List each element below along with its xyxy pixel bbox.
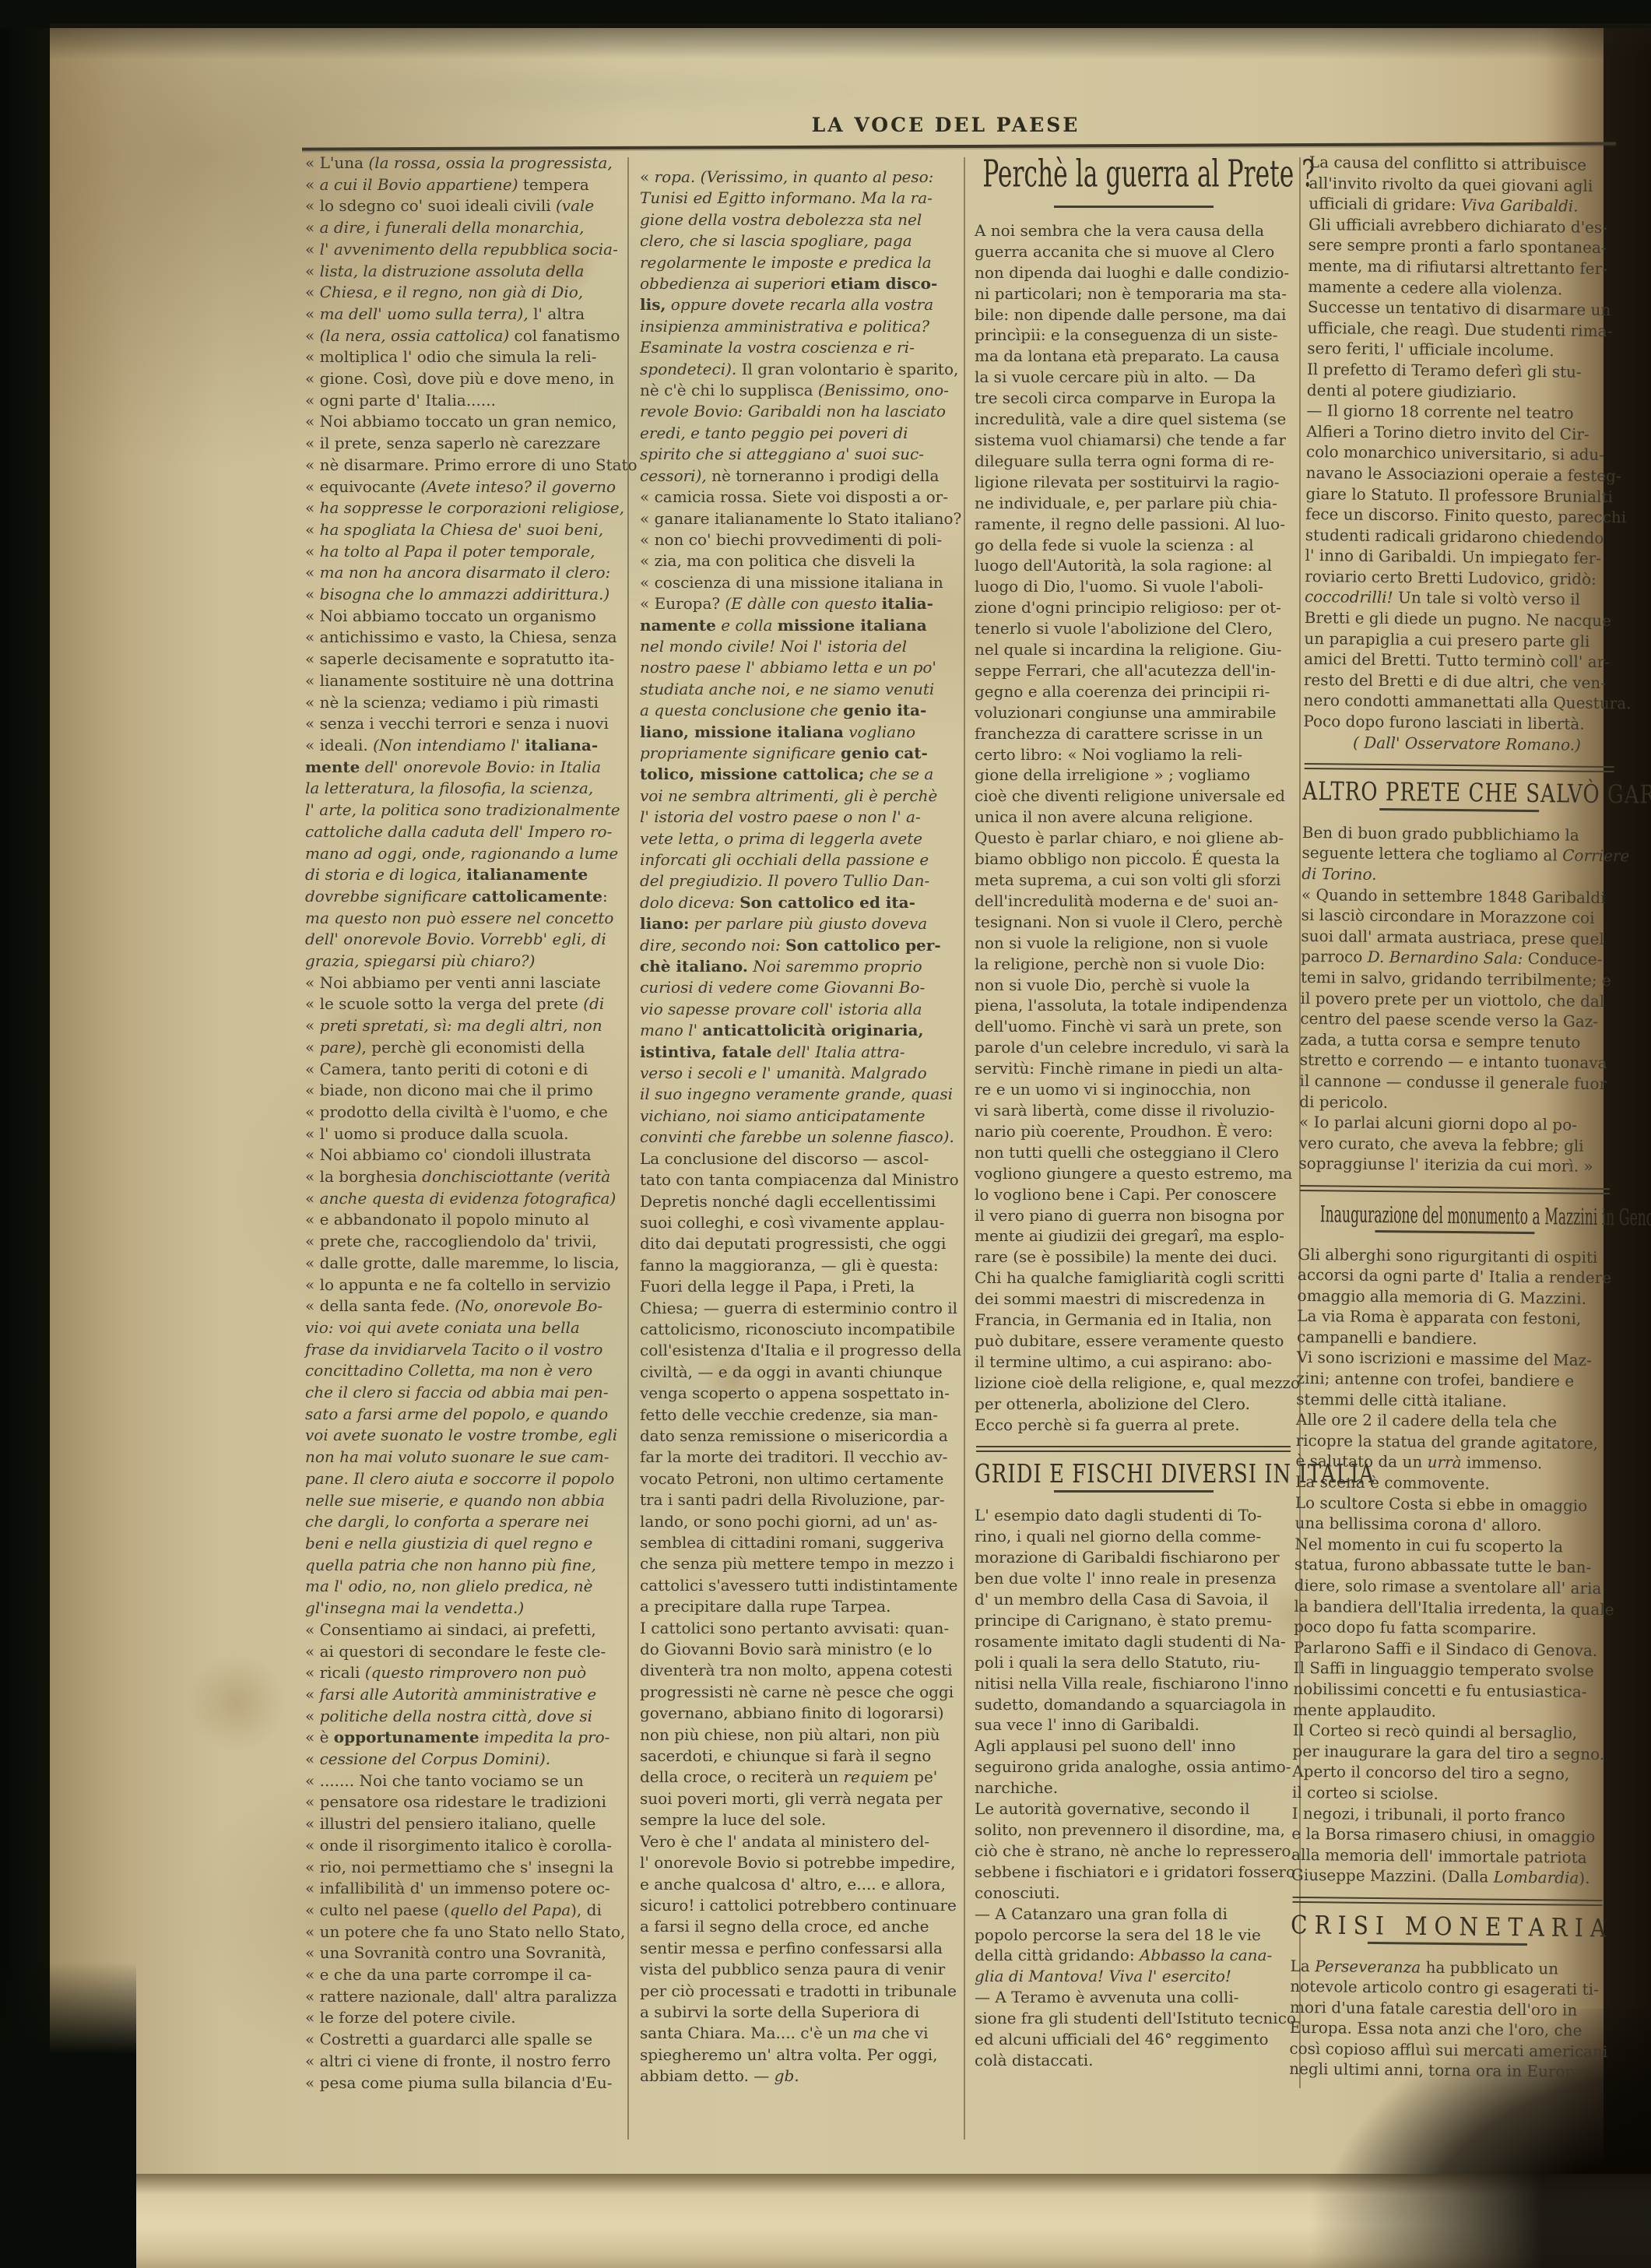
text-line: « anche questa di evidenza fotografica) [305, 1188, 626, 1210]
text-line: « illustri del pensiero italiano, quelle [305, 1813, 626, 1835]
text-line: nobilissimi concetti e fu entusiastica- [1293, 1679, 1606, 1703]
text-line: Alle ore 2 il cadere della tela che [1296, 1409, 1609, 1433]
text-line: dito dai deputati progressisti, che oggi [640, 1233, 957, 1254]
text-line: mente dell' onorevole Bovio: in Italia [305, 757, 626, 779]
text-line: Poco dopo furono lasciati in libertà. [1303, 711, 1616, 735]
text-line: « della santa fede. (No, onorevole Bo- [305, 1296, 626, 1317]
text-line: « biade, non dicono mai che il primo [305, 1080, 626, 1102]
newspaper-column-1: « L'una (la rossa, ossia la progressista… [305, 153, 626, 2094]
text-line: — A Teramo è avvenuta una colli- [975, 1987, 1292, 2008]
text-line: seguirono grida analoghe, ossia antimo- [975, 1756, 1292, 1777]
text-line: ed alcuni ufficiali del 46° reggimento [975, 2029, 1292, 2050]
text-line: dovrebbe significare cattolicamente: [305, 886, 626, 908]
text-line: voi ne sembra altrimenti, gli è perchè [640, 786, 957, 807]
text-line: rino, i quali nel giorno della comme- [975, 1526, 1292, 1547]
text-line: lo vogliono bene i Capi. Per conoscere [975, 1184, 1292, 1205]
text-line: parroco D. Bernardino Sala: Conduce- [1301, 946, 1614, 970]
text-line: una bellissima corona d' alloro. [1294, 1513, 1607, 1537]
divider-rule [1054, 1490, 1214, 1493]
text-line: civiltà, — e da oggi in avanti chiunque [640, 1362, 957, 1383]
text-line: mori d'una fatale carestia dell'oro in [1290, 1997, 1603, 2021]
text-line: « ma non ha ancora disarmato il clero: [305, 562, 626, 584]
text-line: ben due volte l' inno reale in presenza [975, 1568, 1292, 1589]
text-line: « e che da una parte corrompe il ca- [305, 1964, 626, 1986]
text-line: zione d'ogni principio religioso: per ot… [975, 597, 1292, 618]
text-line: nelle sue miserie, e quando non abbia [305, 1490, 626, 1512]
text-line: verso i secoli e l' umanità. Malgrado [640, 1063, 957, 1084]
text-line: « ropa. (Verissimo, in quanto al peso: [640, 167, 957, 188]
under-page-edge [100, 2174, 1651, 2268]
text-line: roviario certo Bretti Ludovico, gridò: [1305, 566, 1618, 590]
text-line: chè italiano. Noi saremmo proprio [640, 956, 957, 977]
text-line: beni e nella giustizia di quel regno e [305, 1533, 626, 1555]
text-line: non si vuole Dio, perchè si vuole la [975, 975, 1292, 996]
text-line: a subirvi la sorte della Superiora di [640, 2002, 957, 2023]
text-line: suoi colleghi, e così vivamente applau- [640, 1212, 957, 1233]
text-line: Depretis nonché dagli eccellentissimi [640, 1191, 957, 1212]
text-line: per ciò processati e tradotti in tribuna… [640, 1981, 957, 2002]
text-line: certo libro: « Noi vogliamo la reli- [975, 744, 1292, 765]
text-line: vichiano, noi siamo anticipatamente [640, 1106, 957, 1127]
text-line: e la Borsa rimasero chiusi, in omaggio [1291, 1823, 1604, 1848]
text-line: la si vuole cercare più in alto. — Da [975, 367, 1292, 388]
text-line: Tunisi ed Egitto informano. Ma la ra- [640, 188, 957, 209]
text-line: sistema vuol chiamarsi) che tende a far [975, 430, 1292, 451]
text-line: « Costretti a guardarci alle spalle se [305, 2029, 626, 2051]
text-line: gione della vostra debolezza sta nel [640, 209, 957, 230]
text-line: « il prete, senza saperlo nè carezzare [305, 433, 626, 455]
text-line: luogo di Dio, l'uomo. Si vuole l'aboli- [975, 576, 1292, 597]
text-line: così copioso affluì sui mercati american… [1289, 2038, 1602, 2062]
text-line: ciò che è strano, nè anche lo repressero… [975, 1841, 1292, 1862]
text-line: Bretti e gli diede un pugno. Ne nacque [1305, 607, 1618, 631]
text-line: incredulità, vale a dire quel sistema (s… [975, 409, 1292, 430]
text-line: « ideali. (Non intendiamo l' italiana- [305, 735, 626, 757]
text-line: mamente a cedere alla violenza. [1308, 276, 1621, 301]
text-line: Parlarono Saffi e il Sindaco di Genova. [1294, 1637, 1607, 1661]
text-line: accorsi da ogni parte d' Italia a render… [1298, 1264, 1611, 1289]
text-line: « senza i vecchi terrori e senza i nuovi [305, 713, 626, 735]
text-line: sione fra gli studenti dell'Istituto tec… [975, 2008, 1292, 2029]
text-line: sopraggiunse l' iterizia da cui morì. » [1298, 1153, 1611, 1177]
text-line: amici del Bretti. Tutto terminò coll' ar… [1304, 649, 1617, 673]
text-line: progressisti nè carne nè pesce che oggi [640, 1682, 957, 1703]
text-line: « altri ci viene di fronte, il nostro fe… [305, 2051, 626, 2073]
text-line: santa Chiara. Ma.... c'è un ma che vi [640, 2023, 957, 2044]
text-line: « ricali (questo rimprovero non può [305, 1662, 626, 1684]
divider-rule [1054, 206, 1214, 208]
text-line: popolo percorse la sera del 18 le vie [975, 1925, 1292, 1946]
text-line: narchiche. [975, 1777, 1292, 1799]
text-line: regolarmente le imposte e predica la [640, 252, 957, 273]
divider-rule [1292, 1897, 1602, 1906]
text-line: « le forze del potere civile. [305, 2007, 626, 2029]
section-headline: Inaugurazione del monumento a Mazzini in… [1320, 1199, 1590, 1232]
text-line: centro del paese scende verso la Gaz- [1300, 1008, 1613, 1032]
text-line: non dipenda dai luoghi e dalle condizio- [975, 262, 1292, 283]
newspaper-column-4: La causa del conflitto si attribuisceall… [1289, 152, 1622, 2083]
text-line: non si vuole la religione, non si vuole [975, 933, 1292, 954]
text-line: La conclusione del discorso — ascol- [640, 1148, 957, 1169]
text-line: vista del pubblico senza paura di venir [640, 1959, 957, 1980]
text-line: « preti spretati, sì: ma degli altri, no… [305, 1015, 626, 1037]
text-line: zada, a tutta corsa e sempre tenuto [1300, 1029, 1613, 1053]
text-line: ma questo non può essere nel concetto [305, 908, 626, 930]
text-line: coll'esistenza d'Italia e il progresso d… [640, 1340, 957, 1361]
text-line: « lista, la distruzione assoluta della [305, 261, 626, 283]
text-line: l' istoria del vostro paese o non l' a- [640, 807, 957, 828]
text-line: dolo diceva: Son cattolico ed ita- [640, 892, 957, 913]
text-line: « ogni parte d' Italia...... [305, 390, 626, 412]
text-line: « lo sdegno co' suoi ideali civili (vale [305, 195, 626, 217]
text-line: di Torino. [1301, 863, 1614, 888]
text-line: franchezza di carattere scrisse in un [975, 723, 1292, 744]
bottom-left-binding-shadow [0, 1962, 136, 2268]
text-line: « moltiplica l' odio che simula la reli- [305, 346, 626, 368]
text-line: Gli alberghi sono rigurgitanti di ospiti [1298, 1243, 1611, 1268]
text-line: Ecco perchè si fa guerra al prete. [975, 1415, 1292, 1436]
text-line: vi sarà libertà, come disse il rivoluzio… [975, 1100, 1292, 1121]
text-line: parole d'un celebre incredulo, vi sarà l… [975, 1037, 1292, 1058]
text-line: dell'incredulità moderna e de' suoi an- [975, 891, 1292, 912]
text-line: dei sommi maestri di miscredenza in [975, 1289, 1292, 1310]
text-line: spiegheremo un' altra volta. Per oggi, [640, 2045, 957, 2066]
text-line: spondeteci). Il gran volontario è sparit… [640, 359, 957, 380]
text-block: Gli alberghi sono rigurgitanti di ospiti… [1291, 1243, 1611, 1889]
text-line: Le autorità governative, secondo il [975, 1799, 1292, 1820]
text-line: tre secoli circa comparve in Europa la [975, 388, 1292, 409]
text-line: per inaugurare la gara del tiro a segno. [1292, 1741, 1605, 1765]
text-line: « Chiesa, e il regno, non già di Dio, [305, 282, 626, 304]
text-line: « farsi alle Autorità amministrative e [305, 1684, 626, 1706]
text-line: Vi sono iscrizioni e massime del Maz- [1297, 1347, 1610, 1371]
text-line: piena, l'assoluta, la totale indipendenz… [975, 995, 1292, 1016]
text-line: Questo è parlar chiaro, e noi gliene ab- [975, 828, 1292, 849]
text-line: « Europa? (E dàlle con questo italia- [640, 593, 957, 614]
text-line: nel mondo civile! Noi l' istoria del [640, 636, 957, 657]
text-line: luogo dell'Autorità, la sola ragione: al [975, 555, 1292, 576]
text-line: « l' avvenimento della repubblica socia- [305, 239, 626, 261]
text-line: ma da lontana età preparato. La causa [975, 346, 1292, 367]
text-line: d' un membro della Casa di Savoia, il [975, 1589, 1292, 1610]
text-line: omaggio alla memoria di G. Mazzini. [1297, 1285, 1610, 1310]
text-line: inforcati gli occhiali della passione e [640, 849, 957, 870]
text-line: « infallibilità d' un immenso potere oc- [305, 1878, 626, 1900]
text-line: resto del Bretti e di due altri, che ven… [1304, 670, 1617, 694]
text-line: mente ai giudizii dei gregarî, ma esplo- [975, 1225, 1292, 1247]
text-line: pane. Il clero aiuta e soccorre il popol… [305, 1468, 626, 1490]
text-line: I negozi, i tribunali, il porto franco [1292, 1802, 1605, 1827]
section-headline: Perchè la guerra al Prete ? [982, 160, 1284, 190]
text-line: Lo scultore Costa si ebbe in omaggio [1295, 1493, 1608, 1517]
top-shadow [50, 23, 1651, 59]
text-line: ramente, il regno delle passioni. Al luo… [975, 514, 1292, 535]
text-line: suoi dall' armata austriaca, prese quel [1301, 926, 1614, 950]
text-line: Francia, in Germania ed in Italia, non [975, 1310, 1292, 1331]
text-line: mente, ma di rifiutarsi altrettanto fer- [1308, 255, 1621, 280]
text-line: Il Corteo si recò quindi al bersaglio, [1293, 1720, 1606, 1744]
text-line: « Quando in settembre 1848 Garibaldi [1301, 884, 1614, 909]
text-line: governano, abbiano finito di logorarsi) [640, 1703, 957, 1724]
text-line: « cessione del Corpus Domini). [305, 1749, 626, 1770]
text-line: « prete che, raccogliendolo da' trivii, [305, 1231, 626, 1253]
divider-rule [1367, 1941, 1526, 1945]
text-line: « (la nera, ossia cattolica) col fanatis… [305, 325, 626, 347]
text-line: stretto e correndo — e intanto tuonava [1300, 1050, 1613, 1074]
text-line: « Noi abbiamo toccato un gran nemico, [305, 411, 626, 433]
text-line: concittadino Colletta, ma non è vero [305, 1360, 626, 1382]
text-line: notevole articolo contro gi esagerati ti… [1290, 1976, 1603, 2000]
text-line: « è opportunamente impedita la pro- [305, 1727, 626, 1749]
text-line: vero curato, che aveva la febbre; gli [1299, 1133, 1612, 1157]
text-line: voluzionari congiunse una ammirabile [975, 702, 1292, 723]
text-line: Gli ufficiali avrebbero dichiarato d'es- [1309, 214, 1621, 238]
text-line: « gione. Così, dove più e dove meno, in [305, 368, 626, 390]
text-block: « ropa. (Verissimo, in quanto al peso:Tu… [640, 167, 957, 2087]
text-block: L' esempio dato dagli studenti di To-rin… [975, 1505, 1292, 2070]
text-line: Vero è che l' andata al ministero del- [640, 1831, 957, 1852]
text-line: « antichissimo e vasto, la Chiesa, senza [305, 627, 626, 649]
book-binding [0, 0, 50, 2268]
text-line: abbiam detto. — gb. [640, 2066, 957, 2087]
text-line: Fuori della legge il Papa, i Preti, la [640, 1276, 957, 1297]
text-line: poco dopo fu fatta scomparire. [1294, 1616, 1607, 1640]
text-line: ne individuale, e, per parlare più chia- [975, 493, 1292, 514]
text-line: glia di Mantova! Viva l' esercito! [975, 1966, 1292, 1987]
text-line: ma l' odio, no, non glielo predica, nè [305, 1576, 626, 1598]
text-line: « Camera, tanto periti di cotoni e di [305, 1059, 626, 1081]
text-line: giare lo Statuto. Il professore Brunialt… [1305, 483, 1618, 507]
text-line: fanno la maggioranza, — gli è questa: [640, 1255, 957, 1276]
text-line: guerra accanita che si muove al Clero [975, 241, 1292, 262]
text-line: navano le Associazioni operaie a festeg- [1306, 462, 1619, 487]
text-line: frase da invidiarvela Tacito o il vostro [305, 1339, 626, 1361]
text-line: vio: voi qui avete coniata una bella [305, 1317, 626, 1339]
text-line: gegno e alla coerenza dei principii ri- [975, 681, 1292, 702]
newspaper-column-2: « ropa. (Verissimo, in quanto al peso:Tu… [640, 167, 957, 2087]
text-line: « prodotto della civiltà è l'uomo, e che [305, 1102, 626, 1123]
text-line: che dargli, lo conforta a sperare nei [305, 1511, 626, 1533]
text-line: ufficiale, che reagì. Due studenti rima- [1307, 318, 1620, 342]
text-line: Chiesa; — guerra di esterminio contro il [640, 1298, 957, 1319]
text-line: « ha tolto al Papa il poter temporale, [305, 541, 626, 563]
text-line: « a cui il Bovio appartiene) tempera [305, 174, 626, 196]
text-line: « zia, ma con politica che disveli la [640, 550, 957, 571]
text-line: La via Roma è apparata con festoni, [1297, 1306, 1610, 1330]
text-line: « ....... Noi che tanto vociamo se un [305, 1770, 626, 1792]
scanned-newspaper-photo: LA VOCE DEL PAESE « L'una (la rossa, oss… [0, 0, 1651, 2268]
text-line: vio sapesse provare coll' istoria alla [640, 999, 957, 1020]
text-line: diventerà tra non molto, appena cotesti [640, 1660, 957, 1681]
text-line: del pregiudizio. Il povero Tullio Dan- [640, 870, 957, 891]
text-line: studiata anche noi, e ne siamo venuti [640, 679, 957, 700]
text-line: bile: non dipende dalle persone, ma dai [975, 304, 1292, 325]
text-line: cattolici s'avessero tutti indistintamen… [640, 1575, 957, 1596]
text-line: « una Sovranità contro una Sovranità, [305, 1943, 626, 1964]
text-line: gione della irreligione » ; vogliamo [975, 765, 1292, 786]
text-line: tra i santi padri della Rivoluzione, par… [640, 1489, 957, 1510]
text-line: « pesa come piuma sulla bilancia d'Eu- [305, 2073, 626, 2094]
text-line: di storia e di logica, italianamente [305, 864, 626, 886]
text-line: « ha spogliata la Chiesa de' suoi beni, [305, 519, 626, 541]
text-line: Successe un tentativo di disarmare un [1308, 297, 1621, 321]
text-line: a precipitare dalla rupe Tarpea. [640, 1596, 957, 1617]
divider-rule [1305, 763, 1614, 772]
text-line: il cannone — condusse il generale fuor [1299, 1071, 1612, 1095]
text-line: per ottenerla, abolizione del Clero. [975, 1394, 1292, 1415]
text-line: « Consentiamo ai sindaci, ai prefetti, [305, 1619, 626, 1641]
text-line: venga scoperto o appena sospettato in- [640, 1383, 957, 1404]
text-line: il suo ingegno veramente grande, quasi [640, 1084, 957, 1105]
text-line: non tutti quelli che osteggiano il Clero [975, 1142, 1292, 1163]
text-line: semblea di cittadini romani, suggeriva [640, 1532, 957, 1553]
text-line: fece un discorso. Finito questo, parecch… [1305, 504, 1618, 528]
text-line: insipienza amministrativa e politica? [640, 316, 957, 337]
text-line: rosamente imitato dagli studenti di Na- [975, 1631, 1292, 1652]
text-line: Il Saffi in linguaggio temperato svolse [1293, 1658, 1606, 1682]
newspaper-column-3: Perchè la guerra al Prete ?A noi sembra … [975, 160, 1292, 2071]
text-line: tato con tanta compiacenza dal Ministro [640, 1169, 957, 1190]
text-line: « culto nel paese (quello del Papa), di [305, 1900, 626, 1922]
text-line: cioè che diventi religione universale ed [975, 786, 1292, 807]
text-line: Agli applausi pel suono dell' inno [975, 1735, 1292, 1756]
text-line: fetto delle vecchie credenze, sia man- [640, 1405, 957, 1426]
text-line: seppe Ferrari, che all'acutezza dell'in- [975, 660, 1292, 681]
text-line: « non co' biechi provvedimenti di poli- [640, 529, 957, 550]
section-headline: GRIDI E FISCHI DIVERSI IN ITALIA [975, 1462, 1292, 1489]
text-line: un parapiglia a cui presero parte gli [1304, 628, 1617, 652]
text-line: « lo appunta e ne fa coltello in servizi… [305, 1275, 626, 1296]
text-line: « Io parlai alcuni giorni dopo al po- [1299, 1112, 1612, 1136]
column-divider-1 [627, 157, 629, 2140]
text-line: suoi poveri morti, gli verrà negata per [640, 1788, 957, 1809]
text-line: rare (se è possibile) la mente dei duci. [975, 1247, 1292, 1268]
text-line: « pensatore osa ridestare le tradizioni [305, 1792, 626, 1813]
text-line: il vero piano di guerra non bisogna por [975, 1205, 1292, 1226]
text-line: « lianamente sostituire nè una dottrina [305, 670, 626, 692]
text-line: « ha soppresse le corporazioni religiose… [305, 498, 626, 519]
text-line: servitù: Finchè rimane in piedi un alta- [975, 1058, 1292, 1079]
text-line: diere, solo rimase a sventolare all' ari… [1294, 1575, 1607, 1599]
text-line: « pare), perchè gli economisti della [305, 1037, 626, 1059]
divider-rule [1300, 1185, 1610, 1194]
text-line: sicuro! i cattolici potrebbero continuar… [640, 1895, 957, 1916]
text-line: ufficiali di gridare: Viva Garibaldi. [1309, 193, 1621, 217]
text-line: « camicia rossa. Siete voi disposti a or… [640, 487, 957, 508]
text-line: campanelli e bandiere. [1297, 1327, 1610, 1351]
text-line: — A Catanzaro una gran folla di [975, 1904, 1292, 1925]
text-line: — Il giorno 18 corrente nel teatro [1306, 400, 1619, 424]
text-line: spirito che si atteggiano a' suoi suc- [640, 444, 957, 465]
text-line: Il prefetto di Teramo deferì gli stu- [1307, 359, 1620, 383]
text-line: a farsi il segno della croce, ed anche [640, 1916, 957, 1937]
text-line: cessori), nè torneranno i prodigi della [640, 466, 957, 487]
text-line: cattoliche dalla caduta dell' Impero ro- [305, 821, 626, 843]
text-line: coccodrilli! Un tale si voltò verso il [1305, 586, 1618, 610]
text-line: mente applaudito. [1293, 1699, 1606, 1723]
text-line: cattolicismo, riconosciuto incompatibile [640, 1319, 957, 1340]
text-line: vogliono giungere a questo estremo, ma [975, 1163, 1292, 1184]
text-line: sere sempre pronti a farlo spontanea- [1309, 234, 1621, 258]
text-block: « L'una (la rossa, ossia la progressista… [305, 153, 626, 2094]
text-line: statua, furono abbassate tutte le ban- [1294, 1554, 1607, 1578]
text-line: sudetto, domandando a squarciagola in [975, 1694, 1292, 1715]
text-line: colà distaccati. [975, 2050, 1292, 2071]
text-line: all'invito rivolto da quei giovani agli [1309, 173, 1621, 197]
text-line: nel quale si incardina la religione. Giu… [975, 639, 1292, 660]
text-line: « saperle decisamente e sopratutto ita- [305, 649, 626, 670]
text-line: biamo obbligo non piccolo. É questa la [975, 849, 1292, 870]
text-line: il termine ultimo, a cui aspirano: abo- [975, 1352, 1292, 1373]
text-line: Alfieri a Torino dietro invito del Cir- [1306, 421, 1619, 445]
text-line: revole Bovio: Garibaldi non ha lasciato [640, 401, 957, 422]
text-line: A noi sembra che la vera causa della [975, 220, 1292, 241]
text-line: « Noi abbiamo toccato un organismo [305, 606, 626, 628]
text-line: nostro paese l' abbiamo letta e un po' [640, 657, 957, 678]
text-line: Aperto il concorso del tiro a segno, [1292, 1761, 1605, 1785]
text-block: A noi sembra che la vera causa dellaguer… [975, 220, 1292, 1436]
text-line: denti al potere giudiziario. [1307, 380, 1620, 404]
text-line: stemmi delle città italiane. [1296, 1389, 1609, 1413]
text-line: tenerlo si vuole l'abolizione del Clero, [975, 618, 1292, 639]
text-line: « e abbandonato il popolo minuto al [305, 1209, 626, 1231]
text-line: la religione, perchè non si vuole Dio: [975, 954, 1292, 975]
text-line: Esaminate la vostra coscienza e ri- [640, 337, 957, 358]
text-line: non ha mai voluto suonare le sue cam- [305, 1447, 626, 1468]
text-line: nitisi nella Villa reale, fischiarono l'… [975, 1673, 1292, 1694]
text-line: negli ultimi anni, torna ora in Europa [1289, 2059, 1602, 2083]
text-line: Ben di buon grado pubblichiamo la [1302, 822, 1615, 846]
text-line: tesignani. Non si vuole il Clero, perchè [975, 912, 1292, 933]
text-line: dileguare sulla terra ogni forma di re- [975, 451, 1292, 472]
text-block: La Perseveranza ha pubblicato unnotevole… [1289, 1955, 1604, 2083]
text-line: « rio, noi permettiamo che s' insegni la [305, 1857, 626, 1879]
text-line: è salutato da un urrà immenso. [1295, 1450, 1608, 1475]
text-line: grazia, spiegarsi più chiaro?) [305, 951, 626, 972]
text-line: alla memoria dell' immortale patriota [1291, 1844, 1604, 1869]
text-line: obbedienza ai superiori etiam disco- [640, 273, 957, 294]
text-line: zini; antenne con trofei, bandiere e [1296, 1368, 1609, 1392]
text-line: ( Dall' Osservatore Romano.) [1353, 732, 1616, 755]
text-line: far la morte dei traditori. Il vecchio a… [640, 1447, 957, 1468]
text-line: liano: per parlare più giusto doveva [640, 913, 957, 934]
text-line: « Noi abbiamo co' ciondoli illustrata [305, 1145, 626, 1166]
text-line: « bisogna che lo ammazzi addirittura.) [305, 584, 626, 606]
text-line: « ma dell' uomo sulla terra), l' altra [305, 304, 626, 325]
text-line: nero condotti ammanettati alla Questura. [1303, 690, 1616, 714]
text-line: della città gridando: Abbasso la cana- [975, 1945, 1292, 1966]
text-line: sacerdoti, e chiunque si farà il segno [640, 1746, 957, 1767]
text-line: Europa. Essa nota anzi che l'oro, che [1290, 2017, 1603, 2041]
text-line: curiosi di vedere come Giovanni Bo- [640, 977, 957, 998]
text-line: dire, secondo noi: Son cattolico per- [640, 935, 957, 956]
text-line: I cattolici sono pertanto avvisati: quan… [640, 1618, 957, 1639]
text-line: liano, missione italiana vogliano [640, 722, 957, 743]
text-line: poli i quali la sera dello Statuto, riu- [975, 1652, 1292, 1673]
text-line: « onde il risorgimento italico è corolla… [305, 1835, 626, 1857]
text-line: il povero prete per un viottolo, che dal [1300, 988, 1613, 1012]
text-line: sebbene i fischiatori e i gridatori foss… [975, 1862, 1292, 1883]
text-line: di pericolo. [1299, 1091, 1612, 1115]
text-line: ligione rilevata per sostituirvi la ragi… [975, 472, 1292, 493]
text-line: la bandiera dell'Italia irredenta, la qu… [1294, 1595, 1607, 1619]
text-line: voi avete suonato le vostre trombe, egli [305, 1425, 626, 1447]
text-line: « le scuole sotto la verga del prete (di [305, 993, 626, 1015]
text-line: « equivocante (Avete inteso? il governo [305, 476, 626, 498]
text-line: « dalle grotte, dalle maremme, lo liscia… [305, 1253, 626, 1275]
text-line: tolico, missione cattolica; che se a [640, 764, 957, 785]
text-line: solito, non prevennero il disordine, ma, [975, 1820, 1292, 1841]
